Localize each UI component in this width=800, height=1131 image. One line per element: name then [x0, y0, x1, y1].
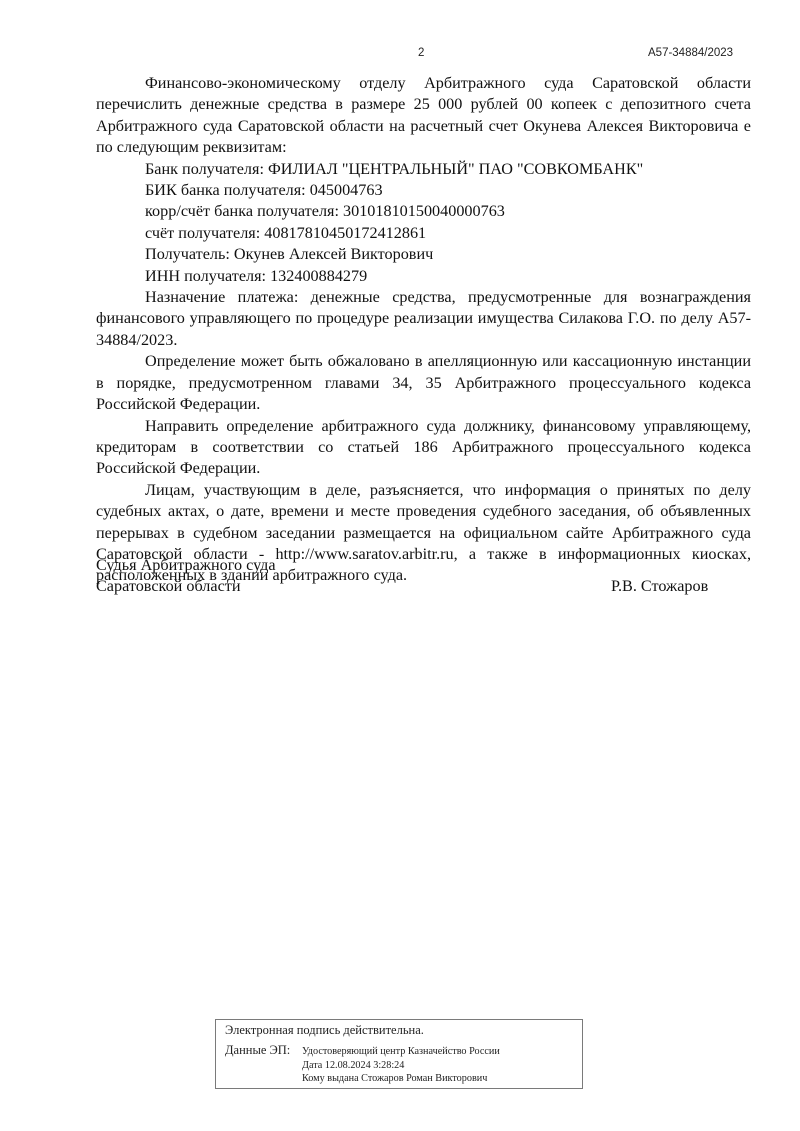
page-header: 2 А57-34884/2023 — [0, 47, 800, 63]
requisite-recipient-account: счёт получателя: 40817810450172412861 — [96, 223, 751, 244]
esign-details: Удостоверяющий центр Казначейство России… — [302, 1045, 500, 1086]
paragraph-transfer-order: Финансово-экономическому отделу Арбитраж… — [96, 73, 751, 159]
esign-status: Электронная подпись действительна. — [225, 1023, 424, 1038]
esign-data-label: Данные ЭП: — [225, 1043, 290, 1058]
document-body: Финансово-экономическому отделу Арбитраж… — [96, 73, 751, 587]
paragraph-payment-purpose: Назначение платежа: денежные средства, п… — [96, 287, 751, 351]
court-region-text: Саратовской области — [96, 577, 241, 595]
paragraph-appeal: Определение может быть обжаловано в апел… — [96, 351, 751, 415]
case-number: А57-34884/2023 — [648, 47, 733, 59]
signature-block: Судья Арбитражного суда Саратовской обла… — [96, 555, 751, 598]
payment-requisites: Банк получателя: ФИЛИАЛ "ЦЕНТРАЛЬНЫЙ" ПА… — [96, 159, 751, 287]
judge-name: Р.В. Стожаров — [611, 576, 708, 597]
esign-issued-to: Кому выдана Стожаров Роман Викторович — [302, 1072, 500, 1086]
judge-title-line1: Судья Арбитражного суда — [96, 555, 751, 576]
judge-title-line2: Саратовской области Р.В. Стожаров — [96, 576, 751, 597]
electronic-signature-stamp: Электронная подпись действительна. Данны… — [215, 1019, 583, 1089]
esign-date: Дата 12.08.2024 3:28:24 — [302, 1059, 500, 1073]
paragraph-send-order: Направить определение арбитражного суда … — [96, 416, 751, 480]
page-number: 2 — [418, 47, 424, 59]
requisite-bank: Банк получателя: ФИЛИАЛ "ЦЕНТРАЛЬНЫЙ" ПА… — [96, 159, 751, 180]
requisite-inn: ИНН получателя: 132400884279 — [96, 266, 751, 287]
judge-title-text: Судья Арбитражного суда — [96, 556, 276, 574]
esign-issuer: Удостоверяющий центр Казначейство России — [302, 1045, 500, 1059]
requisite-bik: БИК банка получателя: 045004763 — [96, 180, 751, 201]
requisite-recipient: Получатель: Окунев Алексей Викторович — [96, 244, 751, 265]
requisite-corr-account: корр/счёт банка получателя: 301018101500… — [96, 201, 751, 222]
